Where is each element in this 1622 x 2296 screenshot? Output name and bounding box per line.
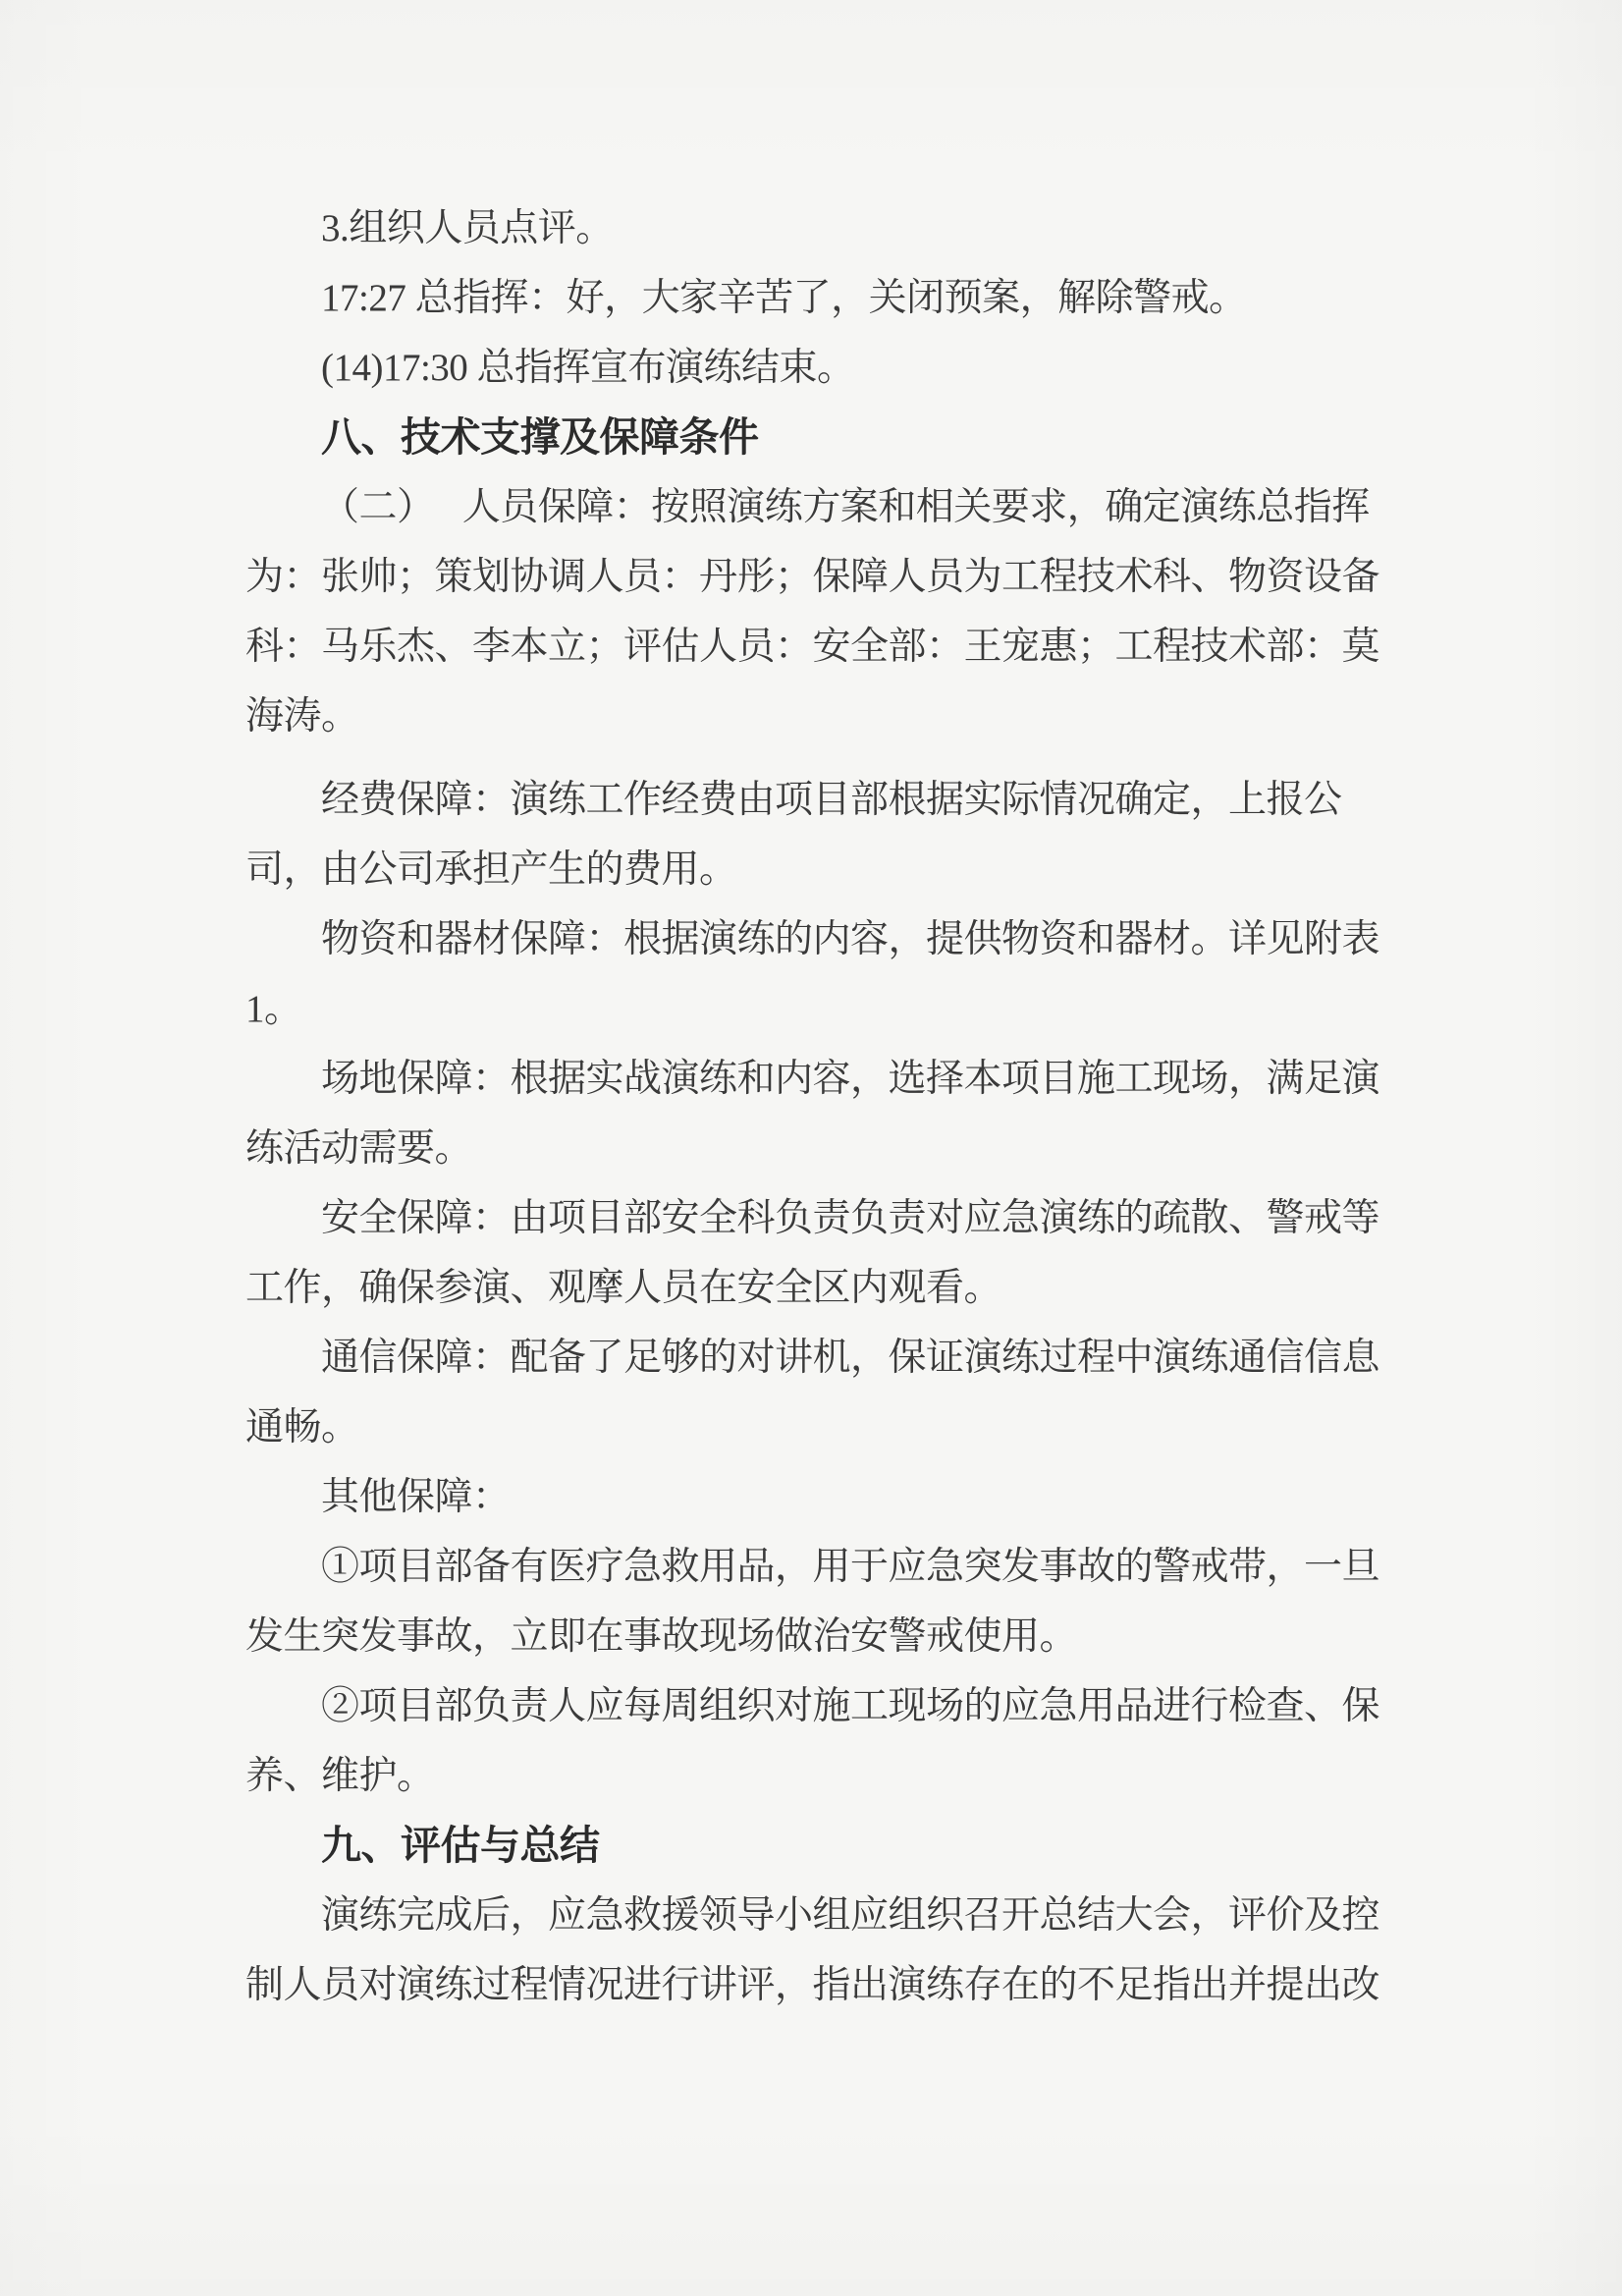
text-line: 安全保障：由项目部安全科负责负责对应急演练的疏散、警戒等: [245, 1183, 1382, 1253]
text-line: 养、维护。: [245, 1741, 1382, 1811]
text-line: 发生突发事故，立即在事故现场做治安警戒使用。: [245, 1602, 1382, 1671]
heading-section-9: 九、评估与总结: [245, 1811, 1382, 1881]
text-line: ②项目部负责人应每周组织对施工现场的应急用品进行检查、保: [245, 1671, 1382, 1741]
text-line: ①项目部备有医疗急救用品，用于应急突发事故的警戒带，一旦: [245, 1532, 1382, 1602]
text-line: 海涛。: [245, 682, 1382, 751]
text-line: 工作，确保参演、观摩人员在安全区内观看。: [245, 1253, 1382, 1323]
text-line: （二） 人员保障：按照演练方案和相关要求，确定演练总指挥: [245, 472, 1382, 542]
document-content: 3.组织人员点评。 17:27 总指挥：好，大家辛苦了，关闭预案，解除警戒。 (…: [245, 193, 1382, 2020]
text-line: 练活动需要。: [245, 1114, 1382, 1183]
text-line: 物资和器材保障：根据演练的内容，提供物资和器材。详见附表: [245, 904, 1382, 974]
text-line: 17:27 总指挥：好，大家辛苦了，关闭预案，解除警戒。: [245, 263, 1382, 333]
text-line: 演练完成后，应急救援领导小组应组织召开总结大会，评价及控: [245, 1881, 1382, 1950]
document-page: 3.组织人员点评。 17:27 总指挥：好，大家辛苦了，关闭预案，解除警戒。 (…: [0, 0, 1622, 2296]
text-line: 1。: [245, 974, 1382, 1044]
text-line: 科：马乐杰、李本立；评估人员：安全部：王宠惠；工程技术部：莫: [245, 612, 1382, 682]
text-line: 3.组织人员点评。: [245, 193, 1382, 263]
text-line: 其他保障：: [245, 1462, 1382, 1532]
text-line: 通畅。: [245, 1393, 1382, 1462]
text-line: 通信保障：配备了足够的对讲机，保证演练过程中演练通信信息: [245, 1323, 1382, 1393]
text-line: 为：张帅；策划协调人员：丹彤；保障人员为工程技术科、物资设备: [245, 542, 1382, 612]
text-line: 经费保障：演练工作经费由项目部根据实际情况确定，上报公: [245, 765, 1382, 835]
heading-section-8: 八、技术支撑及保障条件: [245, 403, 1382, 472]
text-line: (14)17:30 总指挥宣布演练结束。: [245, 333, 1382, 403]
text-line: 场地保障：根据实战演练和内容，选择本项目施工现场，满足演: [245, 1044, 1382, 1114]
text-line: 制人员对演练过程情况进行讲评，指出演练存在的不足指出并提出改: [245, 1950, 1382, 2020]
text-line: 司，由公司承担产生的费用。: [245, 835, 1382, 904]
